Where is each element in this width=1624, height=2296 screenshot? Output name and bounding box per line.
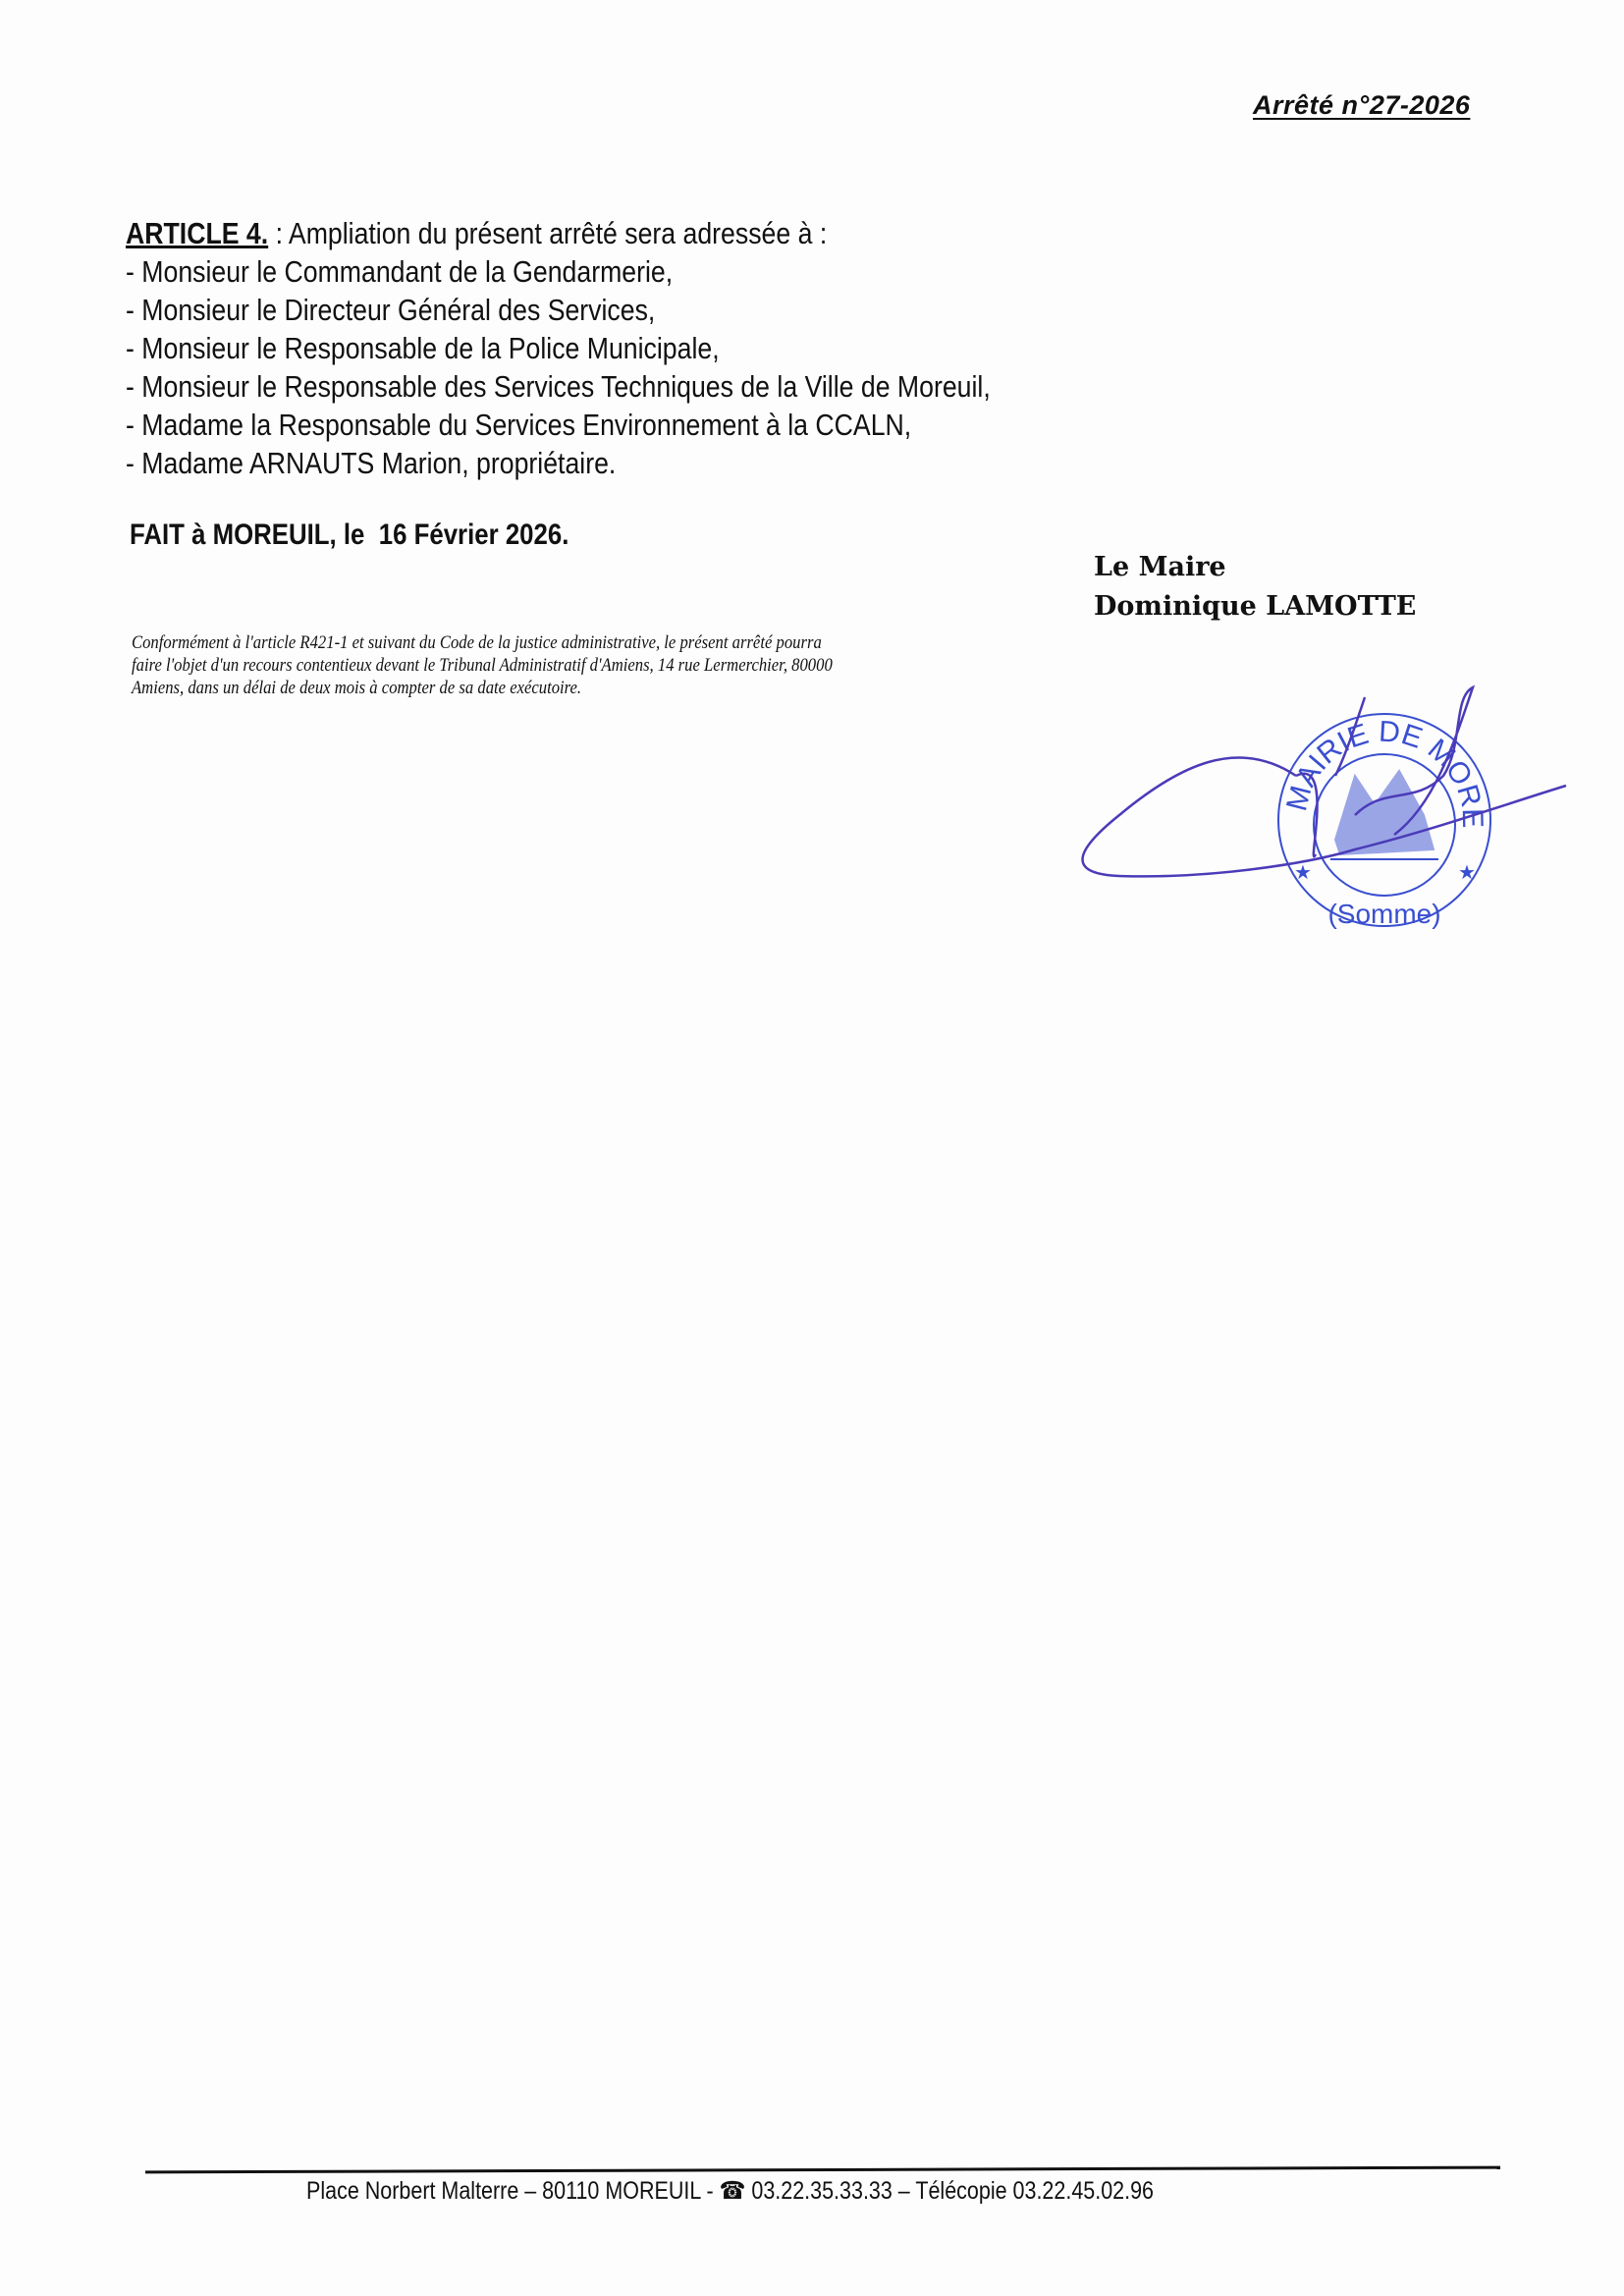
recipient-item: - Madame ARNAUTS Marion, propriétaire. (126, 444, 991, 482)
place-and-date: FAIT à MOREUIL, le 16 Février 2026. (130, 519, 568, 552)
article-intro: : Ampliation du présent arrêté sera adre… (268, 216, 827, 250)
article-4: ARTICLE 4. : Ampliation du présent arrêt… (126, 214, 991, 482)
recipient-item: - Monsieur le Directeur Général des Serv… (126, 291, 991, 329)
recipient-item: - Monsieur le Responsable de la Police M… (126, 329, 991, 367)
document-page: Arrêté n°27-2026 ARTICLE 4. : Ampliation… (0, 0, 1624, 2296)
official-stamp-and-signature: MAIRIE DE MOREUIL (Somme) ★ ★ (1060, 668, 1571, 953)
signatory-block: Le Maire Dominique LAMOTTE (1094, 548, 1416, 627)
signatory-name: Dominique LAMOTTE (1094, 587, 1416, 627)
stamp-bottom-text: (Somme) (1327, 899, 1440, 929)
footer-phone-fax: 03.22.35.33.33 – Télécopie 03.22.45.02.9… (745, 2177, 1154, 2205)
recipient-item: - Madame la Responsable du Services Envi… (126, 406, 991, 444)
article-title: ARTICLE 4. (126, 216, 268, 250)
footer-address: Place Norbert Malterre – 80110 MOREUIL - (306, 2177, 720, 2205)
decree-reference: Arrêté n°27-2026 (1253, 90, 1470, 121)
stamp-top-text: MAIRIE DE MOREUIL (1060, 668, 1489, 829)
phone-icon: ☎ (720, 2177, 746, 2205)
footer-contact: Place Norbert Malterre – 80110 MOREUIL -… (306, 2176, 1154, 2206)
footer-divider (145, 2166, 1500, 2174)
recipient-item: - Monsieur le Commandant de la Gendarmer… (126, 252, 991, 291)
signatory-role: Le Maire (1094, 548, 1416, 587)
svg-text:MAIRIE DE MOREUIL: MAIRIE DE MOREUIL (1060, 668, 1489, 829)
svg-text:★: ★ (1458, 862, 1476, 884)
recipient-item: - Monsieur le Responsable des Services T… (126, 367, 991, 406)
signature-stroke (1083, 687, 1567, 876)
svg-text:★: ★ (1294, 862, 1312, 884)
article-heading: ARTICLE 4. : Ampliation du présent arrêt… (126, 214, 991, 252)
legal-notice: Conformément à l'article R421-1 et suiva… (132, 632, 839, 700)
